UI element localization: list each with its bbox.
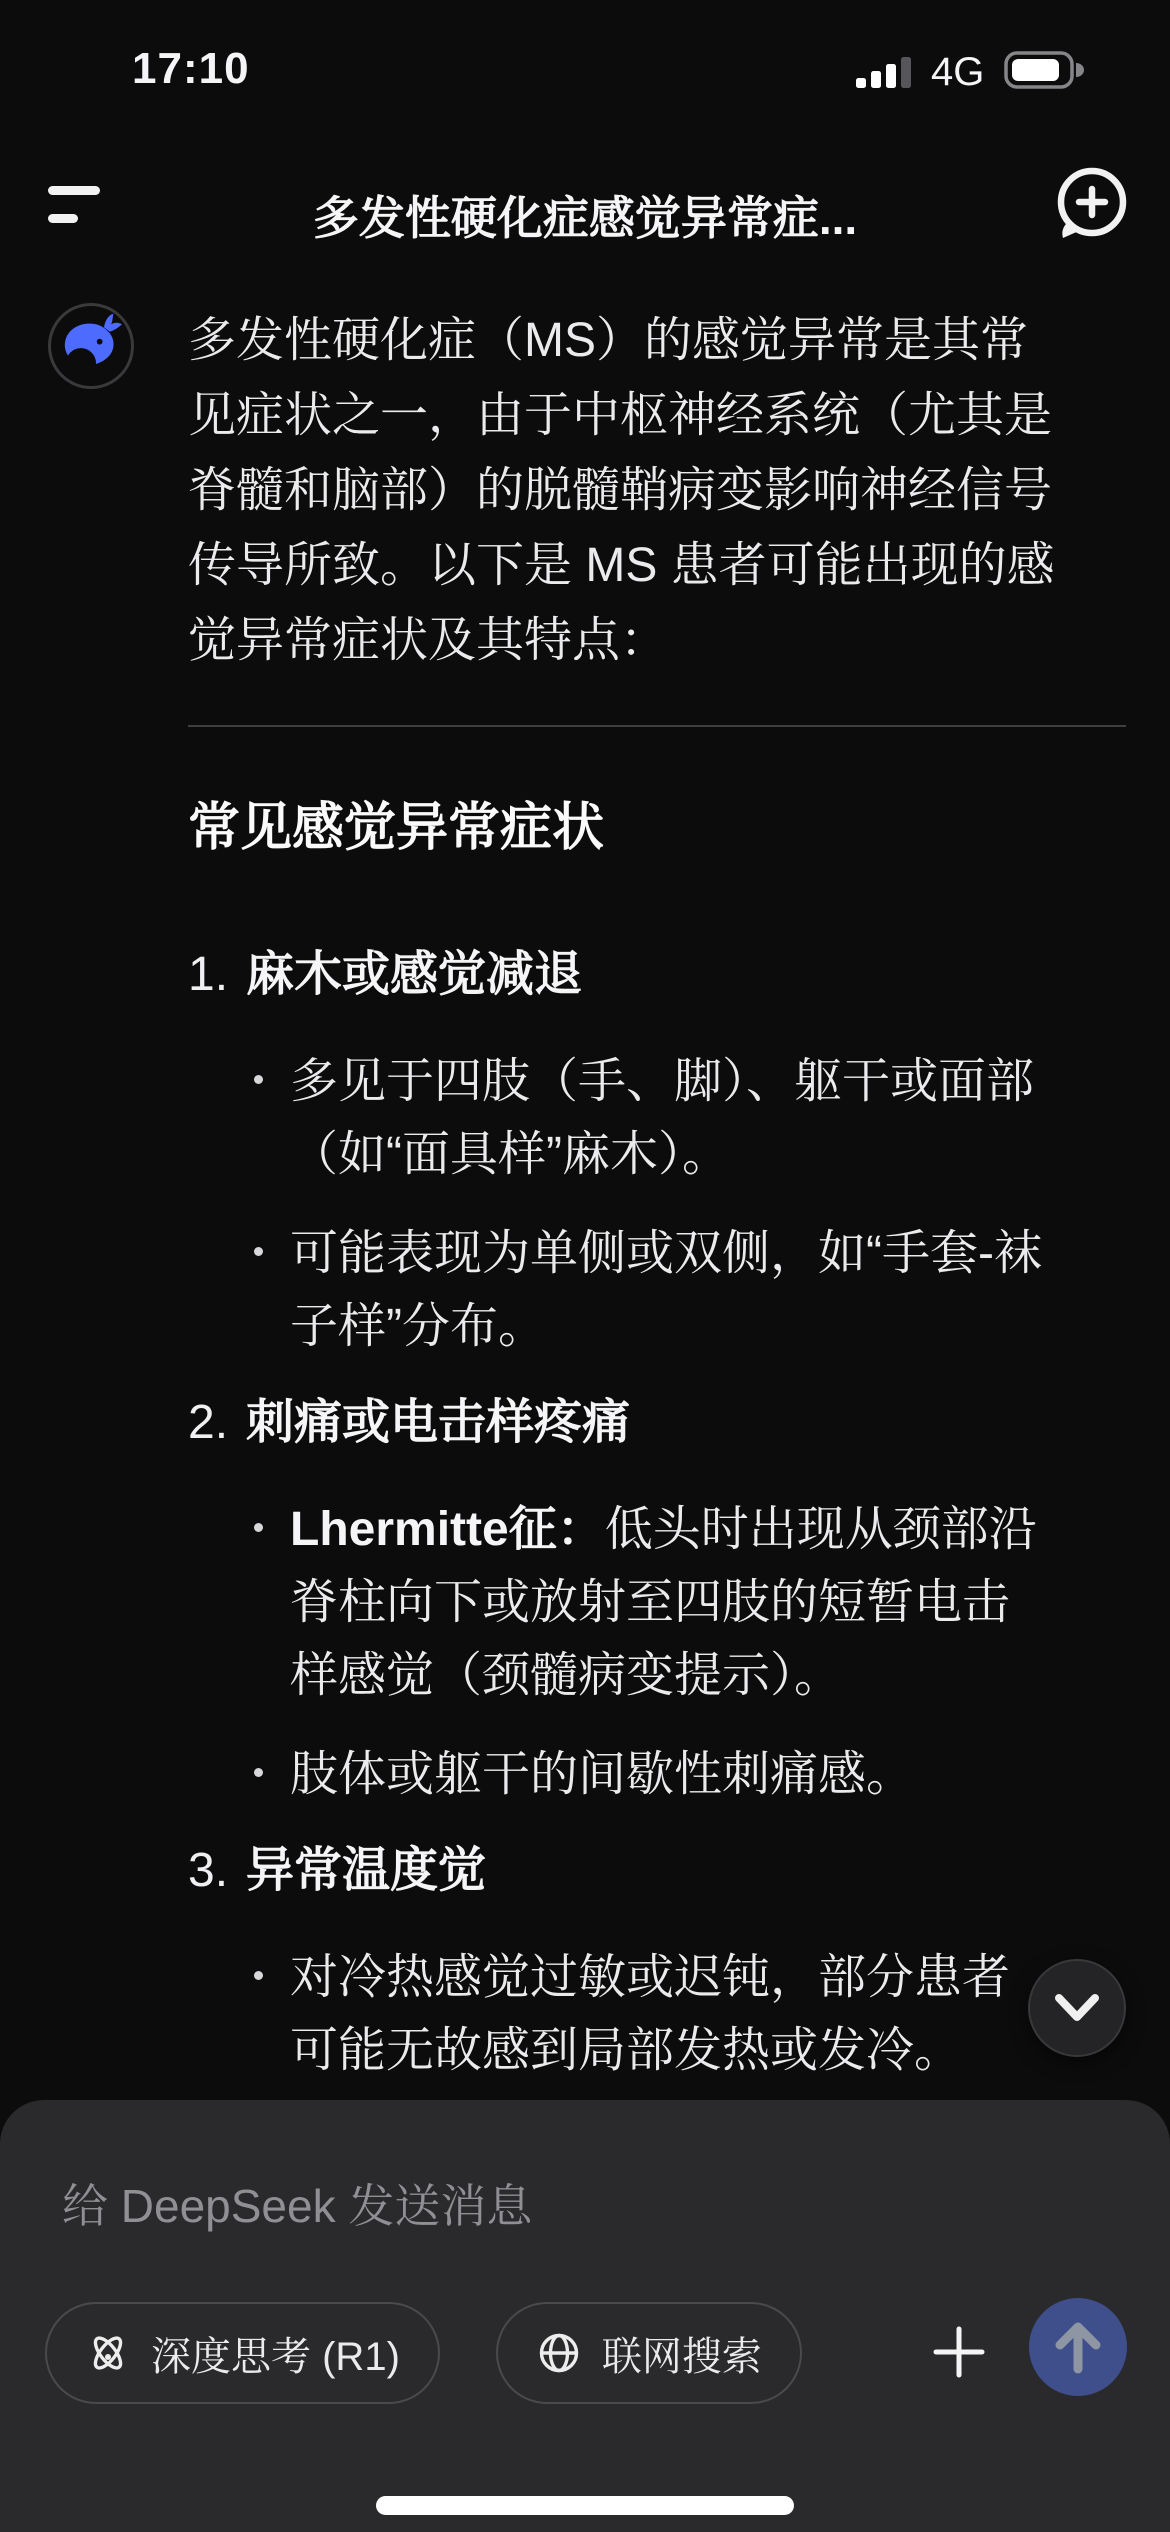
list-item-title: 刺痛或电击样疼痛: [246, 1396, 630, 1449]
bullet-item: Lhermitte征：低头时出现从颈部沿脊柱向下或放射至四肢的短暂电击样感觉（颈…: [188, 1493, 1138, 1712]
message-text-line: 可能无故感到局部发热或发冷。: [290, 2014, 1138, 2087]
network-type-label: 4G: [931, 50, 984, 95]
conversation-title: 多发性硬化症感觉异常症...: [160, 182, 1010, 248]
bullet-item: 肢体或躯干的间歇性刺痛感。: [188, 1738, 1138, 1811]
list-item-title: 麻木或感觉减退: [246, 948, 582, 1001]
assistant-message: 多发性硬化症（MS）的感觉异常是其常见症状之一，由于中枢神经系统（尤其是脊髓和脑…: [188, 303, 1138, 2087]
list-item-heading: 3.异常温度觉: [188, 1841, 1138, 1901]
message-text-line: 传导所致。以下是 MS 患者可能出现的感: [188, 528, 1138, 603]
composer-panel[interactable]: 给 DeepSeek 发送消息 深度思考 (R1) 联网搜索: [0, 2100, 1170, 2532]
bullet-dot: [254, 1075, 263, 1084]
bullet-dot: [254, 1523, 263, 1532]
send-button[interactable]: [1029, 2298, 1127, 2396]
symptom-list: 1.麻木或感觉减退多见于四肢（手、脚）、躯干或面部（如“面具样”麻木）。可能表现…: [188, 945, 1138, 2087]
signal-strength-icon: [856, 54, 916, 90]
attach-plus-icon[interactable]: [933, 2326, 985, 2378]
bullet-item: 多见于四肢（手、脚）、躯干或面部（如“面具样”麻木）。: [188, 1045, 1138, 1191]
list-item-number: 2.: [188, 1396, 228, 1449]
bullet-lines: Lhermitte征：低头时出现从颈部沿脊柱向下或放射至四肢的短暂电击样感觉（颈…: [290, 1493, 1138, 1712]
message-text-line: 子样”分布。: [290, 1290, 1138, 1363]
arrow-up-icon: [1050, 2317, 1106, 2377]
list-item-title: 异常温度觉: [246, 1844, 486, 1897]
divider: [188, 725, 1126, 727]
bullet-lines: 可能表现为单侧或双侧，如“手套-袜子样”分布。: [290, 1217, 1138, 1363]
globe-icon: [536, 2330, 582, 2376]
message-text-line: 多发性硬化症（MS）的感觉异常是其常: [188, 303, 1138, 378]
message-text-line: 多见于四肢（手、脚）、躯干或面部: [290, 1045, 1138, 1118]
bullet-item: 可能表现为单侧或双侧，如“手套-袜子样”分布。: [188, 1217, 1138, 1363]
avatar: [48, 303, 134, 389]
bullet-lines: 多见于四肢（手、脚）、躯干或面部（如“面具样”麻木）。: [290, 1045, 1138, 1191]
atom-icon: [85, 2330, 131, 2376]
battery-icon: [1004, 50, 1090, 90]
message-text-line: Lhermitte征：低头时出现从颈部沿: [290, 1493, 1138, 1566]
bullet-lines: 对冷热感觉过敏或迟钝，部分患者可能无故感到局部发热或发冷。: [290, 1941, 1138, 2087]
list-item-heading: 2.刺痛或电击样疼痛: [188, 1393, 1138, 1453]
chevron-down-icon: [1051, 1992, 1103, 2024]
deep-think-button[interactable]: 深度思考 (R1): [45, 2302, 440, 2404]
list-item-number: 1.: [188, 948, 228, 1001]
message-text-line: （如“面具样”麻木）。: [290, 1118, 1138, 1191]
web-search-button[interactable]: 联网搜索: [496, 2302, 802, 2404]
bullet-dot: [254, 1971, 263, 1980]
message-text-line: 见症状之一，由于中枢神经系统（尤其是: [188, 378, 1138, 453]
scroll-to-bottom-button[interactable]: [1028, 1959, 1126, 2057]
deep-think-label: 深度思考 (R1): [151, 2325, 400, 2382]
section-heading: 常见感觉异常症状: [188, 799, 1138, 857]
message-text-line: 样感觉（颈髓病变提示）。: [290, 1639, 1138, 1712]
message-text-line: 脊髓和脑部）的脱髓鞘病变影响神经信号: [188, 453, 1138, 528]
bullet-lines: 肢体或躯干的间歇性刺痛感。: [290, 1738, 1138, 1811]
deepseek-whale-icon: [55, 310, 127, 382]
bold-term: Lhermitte征：: [290, 1503, 605, 1556]
message-text-line: 觉异常症状及其特点：: [188, 603, 1138, 678]
message-text-line: 肢体或躯干的间歇性刺痛感。: [290, 1738, 1138, 1811]
list-item-heading: 1.麻木或感觉减退: [188, 945, 1138, 1005]
intro-paragraph: 多发性硬化症（MS）的感觉异常是其常见症状之一，由于中枢神经系统（尤其是脊髓和脑…: [188, 303, 1138, 678]
message-text-line: 可能表现为单侧或双侧，如“手套-袜: [290, 1217, 1138, 1290]
new-chat-icon[interactable]: [1048, 162, 1132, 246]
status-time: 17:10: [132, 44, 250, 94]
message-text-line: 脊柱向下或放射至四肢的短暂电击: [290, 1566, 1138, 1639]
message-input-placeholder[interactable]: 给 DeepSeek 发送消息: [62, 2170, 532, 2236]
web-search-label: 联网搜索: [602, 2325, 762, 2382]
deepseek-chat-screen: 17:10 4G 多发性硬化症感觉异常症... 多发性硬化症（MS）的感觉异常是…: [0, 0, 1170, 2532]
bullet-dot: [254, 1768, 263, 1777]
menu-button[interactable]: [48, 186, 108, 226]
message-text-line: 对冷热感觉过敏或迟钝，部分患者: [290, 1941, 1138, 2014]
list-item-number: 3.: [188, 1844, 228, 1897]
bullet-item: 对冷热感觉过敏或迟钝，部分患者可能无故感到局部发热或发冷。: [188, 1941, 1138, 2087]
composer-toolbar: 深度思考 (R1) 联网搜索: [45, 2302, 802, 2404]
bullet-dot: [254, 1247, 263, 1256]
